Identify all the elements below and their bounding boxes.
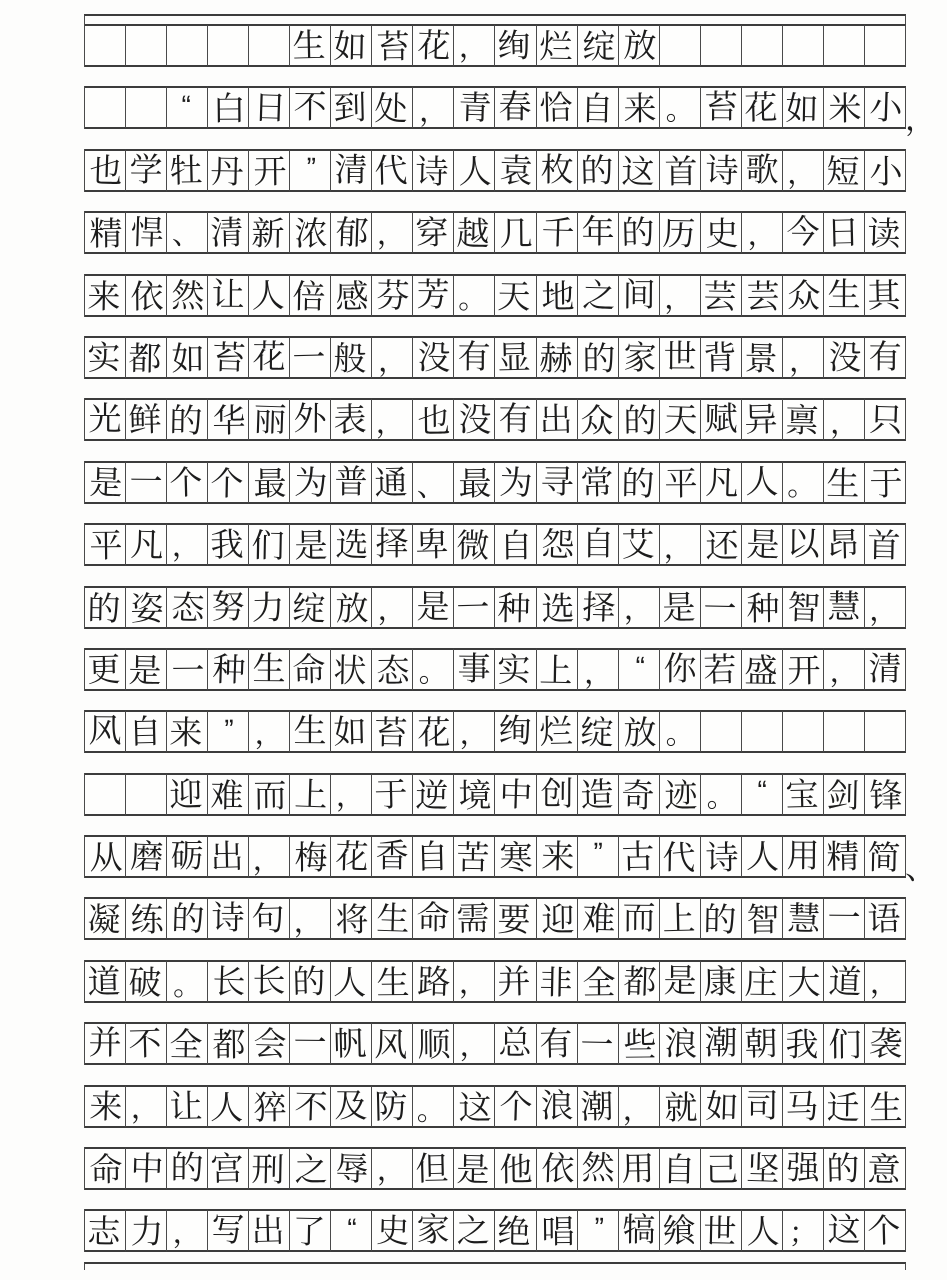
char-cell: 绚 <box>495 710 536 753</box>
char-cell: 花 <box>249 336 290 379</box>
handwritten-char: 迹 <box>660 775 700 814</box>
handwritten-char: 绽 <box>289 588 330 628</box>
handwritten-char: 新 <box>248 214 289 254</box>
handwritten-char: ， <box>126 1086 166 1125</box>
char-cell: 地 <box>537 274 578 317</box>
handwritten-char: 要 <box>494 900 535 940</box>
char-cell: 潮 <box>701 1022 742 1065</box>
char-cell: 的 <box>167 1147 208 1190</box>
char-cell: 没 <box>824 336 865 379</box>
handwritten-char: 一 <box>824 898 864 937</box>
char-cell: 态 <box>167 586 208 629</box>
char-cell: 智 <box>742 897 783 940</box>
char-cell: 首 <box>660 149 701 192</box>
char-cell: 凡 <box>126 523 167 566</box>
char-cell: ， <box>454 960 495 1003</box>
char-cell: 生 <box>824 274 865 317</box>
handwritten-char: 放 <box>619 713 659 752</box>
handwritten-char: 自 <box>576 89 617 129</box>
char-cell: ， <box>372 586 413 629</box>
char-cell: 的 <box>619 461 660 504</box>
handwritten-char: 的 <box>167 899 208 939</box>
handwritten-char: 放 <box>332 588 372 627</box>
handwritten-char: 慧 <box>783 899 824 939</box>
char-cell: 来 <box>619 86 660 129</box>
char-cell: 自 <box>413 835 454 878</box>
char-cell: 也 <box>413 398 454 441</box>
handwritten-char: 自 <box>125 712 166 752</box>
char-cell: 练 <box>126 897 167 940</box>
handwritten-char: ， <box>414 89 454 128</box>
handwritten-char: 然 <box>167 275 208 315</box>
handwritten-char: 是 <box>658 587 699 627</box>
handwritten-char: 意 <box>864 1150 905 1190</box>
char-cell: 锋 <box>865 773 906 816</box>
handwritten-char: 态 <box>373 651 413 690</box>
char-cell: 生 <box>372 960 413 1003</box>
char-cell: 家 <box>413 1209 454 1252</box>
handwritten-char: 总 <box>495 1023 535 1062</box>
handwritten-char: 生 <box>249 649 289 688</box>
char-cell: 昂 <box>824 523 865 566</box>
char-cell: 上 <box>660 897 701 940</box>
handwritten-char: 宫 <box>207 1149 248 1189</box>
handwritten-char: 但 <box>412 1149 453 1189</box>
handwritten-char: 人 <box>248 275 289 315</box>
char-cell: 人 <box>742 835 783 878</box>
handwritten-char: 寻 <box>536 462 576 501</box>
handwritten-char: 种 <box>209 649 250 689</box>
char-cell: 依 <box>537 1147 578 1190</box>
handwritten-char: 唱 <box>537 1212 577 1251</box>
char-cell: 犒 <box>619 1209 660 1252</box>
handwritten-char: 迁 <box>822 1087 863 1127</box>
handwritten-char: 潮 <box>701 1023 741 1062</box>
char-cell: 绽 <box>290 586 331 629</box>
handwritten-char: 丽 <box>250 400 291 440</box>
char-cell: 日 <box>824 211 865 254</box>
handwritten-char: 代 <box>371 150 412 190</box>
handwritten-char: 生 <box>289 26 330 66</box>
handwritten-char: 不 <box>290 87 330 126</box>
char-cell: 长 <box>208 960 249 1003</box>
handwritten-char: 一 <box>576 1025 617 1065</box>
handwritten-char: 强 <box>783 1148 823 1187</box>
char-cell: 、 <box>167 211 208 254</box>
char-cell: 你 <box>660 648 701 691</box>
handwritten-char: 人 <box>330 962 371 1002</box>
handwritten-char: 穿 <box>412 213 453 253</box>
char-cell: 景 <box>742 336 783 379</box>
handwritten-char: 是 <box>125 651 166 691</box>
handwritten-char: ， <box>784 339 824 378</box>
handwritten-char: 的 <box>619 401 659 440</box>
handwritten-char: 袁 <box>496 150 537 190</box>
handwritten-char: 不 <box>291 1086 332 1126</box>
handwritten-char: 长 <box>249 961 289 1000</box>
char-cell: 的 <box>167 897 208 940</box>
handwritten-char: 其 <box>863 275 904 315</box>
handwritten-char: ， <box>865 961 905 1000</box>
handwritten-char: 如 <box>330 712 371 752</box>
char-cell: 来 <box>537 835 578 878</box>
handwritten-char: 若 <box>699 649 740 689</box>
char-cell: 首 <box>865 523 906 566</box>
char-cell: 出 <box>537 398 578 441</box>
handwritten-char: 这 <box>824 1210 864 1249</box>
handwritten-char: 择 <box>372 524 412 563</box>
handwritten-char: 寒 <box>496 838 536 877</box>
char-cell: 之 <box>454 1209 495 1252</box>
char-cell: 态 <box>372 648 413 691</box>
handwritten-char: 丹 <box>207 151 248 191</box>
handwritten-char: 自 <box>412 837 453 877</box>
handwritten-char: 中 <box>496 774 537 814</box>
char-cell: ， <box>249 710 290 753</box>
char-cell: 们 <box>249 523 290 566</box>
char-cell: 是 <box>660 586 701 629</box>
handwritten-char: “ <box>742 774 782 813</box>
handwritten-char: 。 <box>660 712 701 752</box>
char-cell: ， <box>331 773 372 816</box>
char-cell: 总 <box>495 1022 536 1065</box>
handwritten-char: 出 <box>535 400 576 440</box>
char-cell: 花 <box>742 86 783 129</box>
handwritten-char: ， <box>372 1148 412 1187</box>
char-cell: 个 <box>208 461 249 504</box>
char-cell: 生 <box>865 1085 906 1128</box>
char-cell: 没 <box>454 398 495 441</box>
char-cell: 会 <box>249 1022 290 1065</box>
handwritten-char: 是 <box>742 525 783 565</box>
char-cell: ” <box>578 835 619 878</box>
char-cell: 凡 <box>701 461 742 504</box>
handwritten-char: 实 <box>84 337 125 377</box>
handwritten-char: 浓 <box>291 214 331 253</box>
handwritten-char: 天 <box>660 400 701 440</box>
handwritten-char: 芸 <box>699 276 740 316</box>
handwritten-char: 康 <box>699 961 740 1001</box>
char-cell: 依 <box>126 274 167 317</box>
char-cell: ， <box>454 24 495 67</box>
handwritten-char: 生 <box>866 1087 906 1126</box>
char-cell: 寻 <box>537 461 578 504</box>
char-cell: 用 <box>619 1147 660 1190</box>
handwritten-char: 处 <box>371 89 412 129</box>
handwritten-char: 烂 <box>535 27 576 67</box>
handwritten-char: 有 <box>535 1024 576 1064</box>
char-cell: 一 <box>167 648 208 691</box>
handwritten-char: 更 <box>84 649 125 689</box>
char-cell: 路 <box>413 960 454 1003</box>
handwritten-char: 句 <box>248 899 289 939</box>
handwritten-char: 用 <box>783 836 823 875</box>
char-cell: 外 <box>290 398 331 441</box>
char-cell: 丹 <box>208 149 249 192</box>
text-row: 命中的宫刑之辱，但是他依然用自己坚强的意 <box>84 1147 906 1190</box>
char-cell <box>85 773 126 816</box>
text-row: 道破。长长的人生路，并非全都是康庄大道， <box>84 960 906 1003</box>
char-cell: 几 <box>495 211 536 254</box>
handwritten-char: 于 <box>866 464 906 503</box>
handwritten-char: 有 <box>865 337 905 376</box>
handwritten-char: 香 <box>372 836 412 875</box>
handwritten-char: 梅 <box>291 838 331 877</box>
char-cell: 。 <box>413 1085 454 1128</box>
handwritten-char: 道 <box>824 961 865 1001</box>
handwritten-char: 最 <box>455 464 495 503</box>
handwritten-char: 有 <box>495 399 535 438</box>
char-cell: 人 <box>208 1085 249 1128</box>
text-row: 光鲜的华丽外表，也没有出众的天赋异禀，只 <box>84 398 906 441</box>
handwritten-char: 、 <box>412 463 453 503</box>
char-cell: ， <box>167 523 208 566</box>
char-cell: 间 <box>619 274 660 317</box>
handwritten-char: ， <box>825 401 865 440</box>
handwritten-char: 依 <box>537 1148 578 1188</box>
handwritten-char: 一 <box>289 337 330 377</box>
char-cell: 一 <box>290 1022 331 1065</box>
char-cell: ， <box>290 897 331 940</box>
handwritten-char: 。 <box>412 1087 453 1127</box>
char-cell: 般 <box>331 336 372 379</box>
handwritten-char: 放 <box>619 25 660 65</box>
handwritten-char: 世 <box>660 337 700 376</box>
handwritten-char: 如 <box>168 339 208 378</box>
char-cell: 宝 <box>783 773 824 816</box>
char-cell: “ <box>167 86 208 129</box>
char-cell: 奇 <box>619 773 660 816</box>
handwritten-char: 用 <box>617 1149 658 1189</box>
char-cell: 慧 <box>783 897 824 940</box>
handwritten-char: 语 <box>863 899 904 939</box>
handwritten-char: 歌 <box>742 150 782 189</box>
char-cell: 精 <box>824 835 865 878</box>
char-cell: 的 <box>824 1147 865 1190</box>
char-cell: 然 <box>578 1147 619 1190</box>
char-cell: 赫 <box>537 336 578 379</box>
handwritten-char: 的 <box>166 401 207 441</box>
char-cell: 句 <box>249 897 290 940</box>
char-cell: 小 <box>865 86 906 129</box>
handwritten-char: ， <box>373 587 414 627</box>
handwritten-char: 花 <box>740 88 781 128</box>
handwritten-char: 凡 <box>701 462 742 502</box>
char-cell: 清 <box>208 211 249 254</box>
char-cell: 感 <box>331 274 372 317</box>
char-cell: 就 <box>660 1085 701 1128</box>
handwritten-char: 而 <box>250 775 290 814</box>
char-cell: 千 <box>537 211 578 254</box>
handwritten-char: 间 <box>618 274 658 313</box>
char-cell: ， <box>619 1085 660 1128</box>
handwritten-char: 创 <box>536 774 576 813</box>
handwritten-char: 代 <box>658 838 699 878</box>
handwritten-char: 造 <box>576 774 617 814</box>
handwritten-char: 通 <box>371 462 412 502</box>
handwritten-char: 没 <box>824 337 865 377</box>
char-cell: 个 <box>865 1209 906 1252</box>
handwritten-char: 郁 <box>332 213 373 253</box>
char-cell: 都 <box>208 1022 249 1065</box>
char-cell: 日 <box>249 86 290 129</box>
handwritten-char: 。 <box>701 774 742 814</box>
char-cell: 穿 <box>413 211 454 254</box>
handwritten-char: 并 <box>85 1023 125 1062</box>
char-cell: 刑 <box>249 1147 290 1190</box>
handwritten-char: 到 <box>330 88 371 128</box>
char-cell: 马 <box>783 1085 824 1128</box>
char-cell: 了 <box>290 1209 331 1252</box>
char-cell: 生 <box>290 710 331 753</box>
char-cell: 最 <box>249 461 290 504</box>
handwritten-char: 苔 <box>701 87 741 126</box>
handwritten-char: 小 <box>865 88 906 128</box>
char-cell: 众 <box>578 398 619 441</box>
char-cell: 处 <box>372 86 413 129</box>
handwritten-char: 的 <box>576 150 617 190</box>
handwritten-char: 风 <box>85 711 125 750</box>
handwritten-char: 庄 <box>740 962 781 1002</box>
handwritten-char: ， <box>454 961 494 1000</box>
handwritten-char: 这 <box>617 151 658 191</box>
handwritten-char: 如 <box>701 1086 742 1126</box>
handwritten-char: 状 <box>330 651 371 691</box>
handwritten-char: 花 <box>332 836 373 876</box>
char-cell: 命 <box>85 1147 126 1190</box>
text-row: “白日不到处，青春恰自来。苔花如米小， <box>84 86 906 129</box>
char-cell: 若 <box>701 648 742 691</box>
handwritten-char: 一 <box>168 651 208 690</box>
overflow-punctuation: ， <box>905 94 936 139</box>
handwritten-char: 悍 <box>126 213 167 253</box>
char-cell: 绝 <box>495 1209 536 1252</box>
handwritten-char: 苔 <box>371 713 412 753</box>
handwritten-char: 小 <box>866 152 906 191</box>
handwritten-char: 上 <box>291 774 332 814</box>
handwritten-char: 烂 <box>535 712 576 752</box>
char-cell: 代 <box>660 835 701 878</box>
handwritten-char: 也 <box>85 150 126 190</box>
char-cell: 风 <box>372 1022 413 1065</box>
handwritten-char: 风 <box>371 1025 412 1065</box>
handwritten-char: ； <box>783 1211 824 1251</box>
char-cell: 磨 <box>126 835 167 878</box>
char-cell: ， <box>167 1209 208 1252</box>
handwritten-char: 迎 <box>537 900 577 939</box>
char-cell: 创 <box>537 773 578 816</box>
char-cell: 们 <box>824 1022 865 1065</box>
handwritten-char: 异 <box>740 400 781 440</box>
handwritten-char: 是 <box>413 586 453 625</box>
handwritten-char: 白 <box>209 89 249 128</box>
char-cell: ， <box>865 586 906 629</box>
handwritten-char: 己 <box>702 1150 742 1189</box>
handwritten-char: 逆 <box>412 775 453 815</box>
handwritten-char: 自 <box>496 526 536 565</box>
handwritten-char: 古 <box>617 837 658 877</box>
handwritten-char: 我 <box>207 525 248 565</box>
char-cell: 并 <box>495 960 536 1003</box>
char-cell: 平 <box>660 461 701 504</box>
char-cell: 选 <box>537 586 578 629</box>
handwritten-char: 史 <box>702 214 742 253</box>
char-cell: 历 <box>660 211 701 254</box>
handwritten-char: 个 <box>863 1211 904 1251</box>
char-cell <box>783 710 824 753</box>
char-cell: 牡 <box>167 149 208 192</box>
char-cell: 迎 <box>537 897 578 940</box>
handwritten-char: 常 <box>576 462 617 502</box>
handwritten-char: 不 <box>125 1024 166 1064</box>
char-cell: 实 <box>495 648 536 691</box>
char-cell: 凝 <box>85 897 126 940</box>
page-edge-line <box>84 14 906 24</box>
handwritten-char: 选 <box>332 525 373 565</box>
char-cell: 生 <box>372 897 413 940</box>
char-cell <box>85 24 126 67</box>
handwritten-char: 背 <box>699 337 740 377</box>
char-cell: 简 <box>865 835 906 878</box>
char-cell: 怨 <box>537 523 578 566</box>
char-cell: 选 <box>331 523 372 566</box>
char-cell: 一 <box>454 586 495 629</box>
char-cell: 境 <box>454 773 495 816</box>
handwritten-char: 家 <box>619 337 660 377</box>
char-cell: 他 <box>495 1147 536 1190</box>
char-cell: 然 <box>167 274 208 317</box>
handwritten-char: 的 <box>289 961 330 1001</box>
char-cell: 苔 <box>701 86 742 129</box>
handwritten-char: 显 <box>494 337 535 377</box>
handwritten-char: “ <box>166 89 207 129</box>
handwritten-char: 宝 <box>781 774 822 814</box>
handwritten-char: 如 <box>781 89 822 129</box>
text-row: 的姿态努力绽放，是一种选择，是一种智慧， <box>84 586 906 629</box>
handwritten-char: 慧 <box>824 586 864 625</box>
title-row: 生如苔花，绚烂绽放 <box>84 24 906 67</box>
char-cell: 坚 <box>742 1147 783 1190</box>
handwritten-char: 诗 <box>412 151 453 191</box>
char-cell: 迹 <box>660 773 701 816</box>
char-cell: 全 <box>167 1022 208 1065</box>
char-cell: ” <box>290 149 331 192</box>
handwritten-char: 的 <box>617 463 658 503</box>
char-cell: 帆 <box>331 1022 372 1065</box>
handwritten-char: 。 <box>453 275 494 315</box>
char-cell: 米 <box>824 86 865 129</box>
handwritten-char: 恰 <box>535 88 576 128</box>
char-cell: 郁 <box>331 211 372 254</box>
handwritten-char: 猝 <box>250 1087 290 1126</box>
char-cell: 异 <box>742 398 783 441</box>
handwritten-char: 是 <box>453 1150 494 1190</box>
char-cell: 倍 <box>290 274 331 317</box>
handwritten-char: 如 <box>330 27 371 67</box>
handwritten-char: 人 <box>742 836 783 876</box>
handwritten-char: 有 <box>454 337 494 376</box>
handwritten-char: 是 <box>660 961 700 1000</box>
char-cell: 普 <box>331 461 372 504</box>
char-cell: 难 <box>578 897 619 940</box>
handwritten-char: 凝 <box>84 900 125 940</box>
handwritten-char: 们 <box>825 1025 865 1064</box>
handwritten-char: 练 <box>127 900 167 939</box>
char-cell: 光 <box>85 398 126 441</box>
char-cell: 状 <box>331 648 372 691</box>
char-cell: 苔 <box>208 336 249 379</box>
handwritten-char: 普 <box>331 462 371 501</box>
